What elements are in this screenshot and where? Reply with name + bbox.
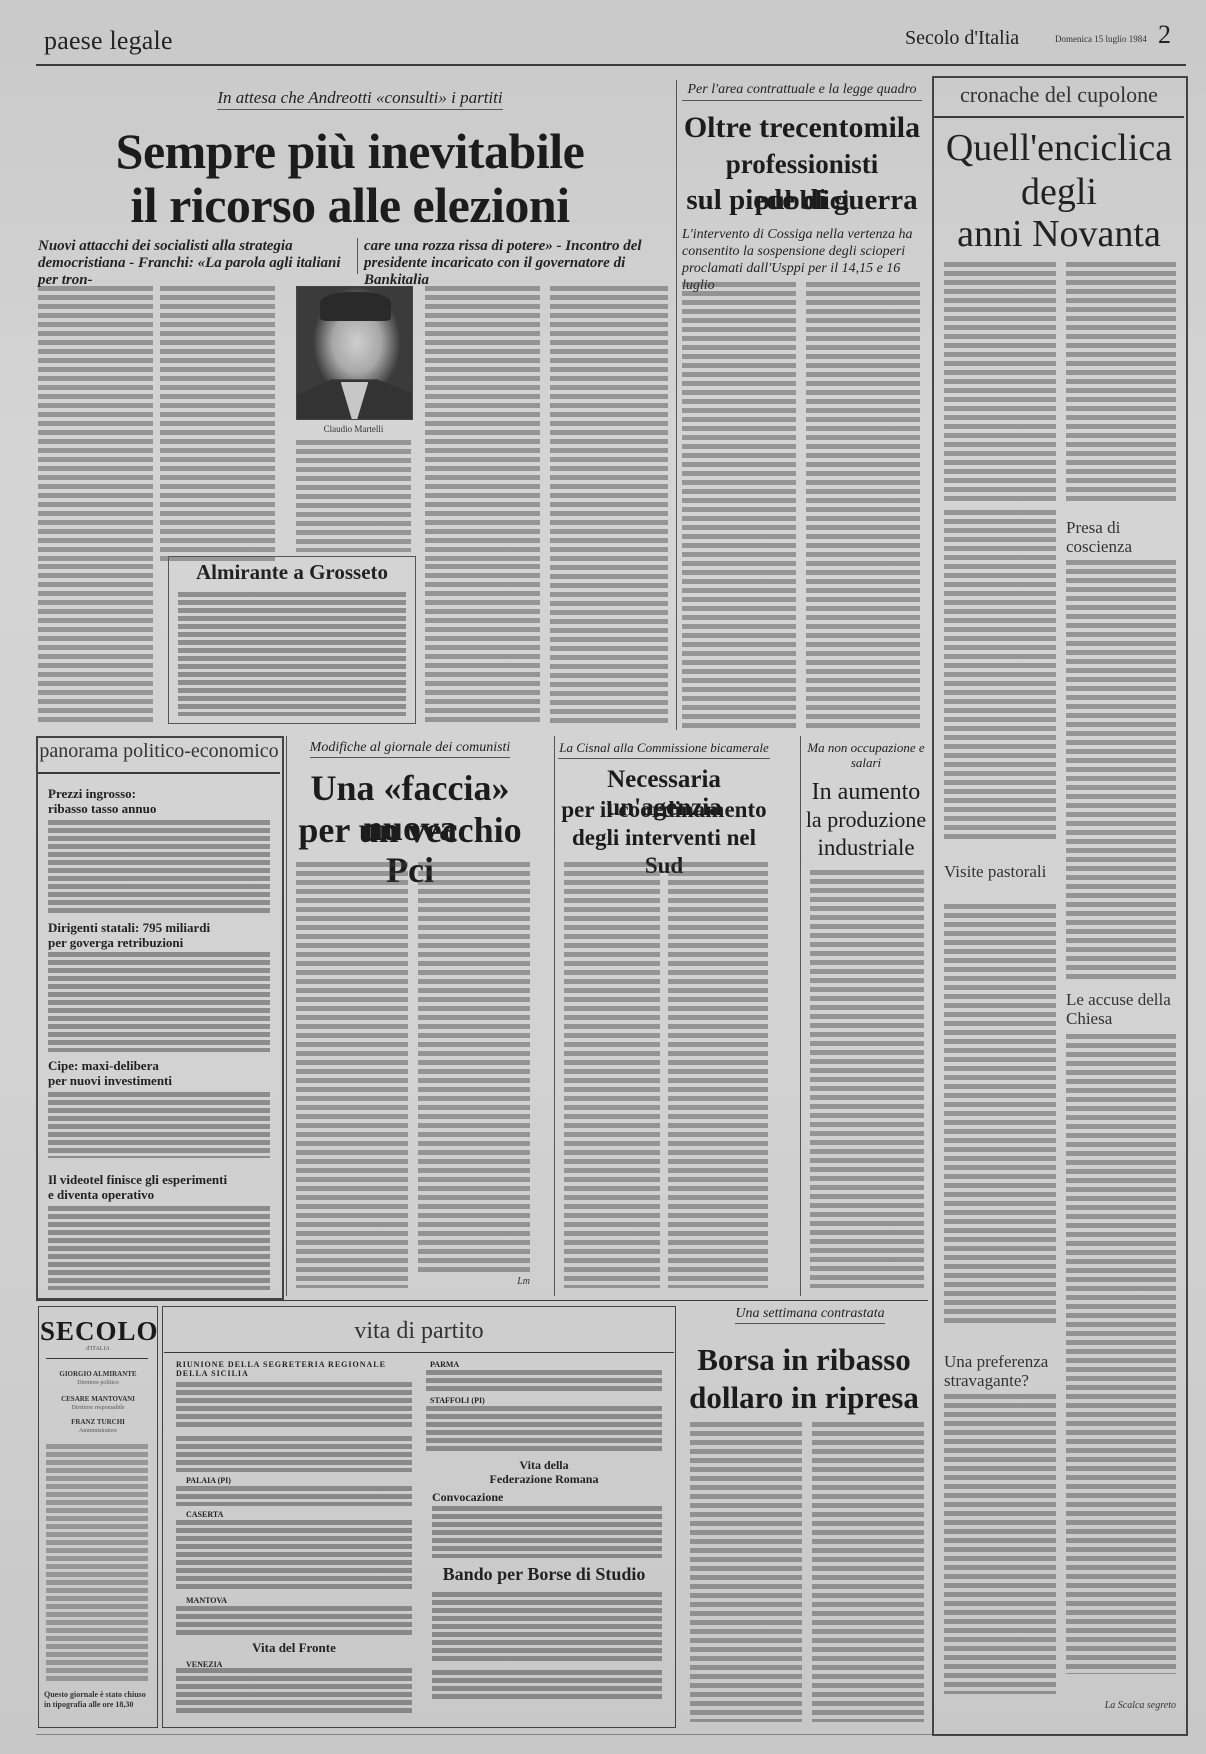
cupolone-body-1a: [944, 262, 1056, 502]
vita-partito-rule: [164, 1352, 674, 1353]
panorama-item-1-line1: Prezzi ingrosso:: [48, 786, 270, 801]
cupolone-subhead-2: Visite pastorali: [944, 862, 1056, 881]
cisnal-body-col-1: [564, 862, 660, 1288]
pci-byline: Lm: [418, 1276, 530, 1287]
lead-headline-1: Sempre più inevitabile: [60, 124, 640, 178]
panorama-item-1-body: [48, 820, 270, 914]
secolo-staff-2-role: Direttore responsabile: [40, 1405, 156, 1411]
cupolone-body-1c: [944, 904, 1056, 1324]
almirante-title: Almirante a Grosseto: [168, 560, 416, 585]
cisnal-kicker: La Cisnal alla Commissione bicamerale: [558, 740, 770, 759]
lead-body-col-4: [425, 286, 540, 564]
almirante-body: [178, 592, 406, 716]
lead-body-col-1: [38, 286, 153, 564]
lead-body-col-5: [550, 286, 668, 726]
panorama-item-2-title: Dirigenti statali: 795 miliardi per gove…: [48, 920, 270, 950]
prof-headline-3: sul piede di guerra: [682, 182, 922, 218]
panorama-item-4-line1: Il videotel finisce gli esperimenti: [48, 1172, 270, 1187]
cupolone-rule: [934, 116, 1184, 118]
secolo-logo: SECOLO: [40, 1316, 156, 1347]
panorama-item-2-line2: per goverga retribuzioni: [48, 935, 270, 950]
divider-cisnal: [554, 736, 555, 1296]
panorama-item-3-body: [48, 1092, 270, 1158]
pci-kicker-text: Modifiche al giornale dei comunisti: [310, 740, 511, 758]
panorama-item-1-line2: ribasso tasso annuo: [48, 801, 270, 816]
lead-body-col-3: [296, 440, 411, 552]
lead-body-col-1b: [38, 564, 153, 724]
secolo-rule: [46, 1358, 148, 1359]
divider-produzione: [800, 736, 801, 1296]
lead-deck-left: Nuovi attacchi dei socialisti alla strat…: [38, 238, 350, 289]
produzione-kicker: Ma non occupazione e salari: [804, 740, 928, 770]
vita-item-4-body: [176, 1606, 412, 1638]
cupolone-body-1b: [944, 510, 1056, 840]
column-divider: [676, 80, 677, 730]
borsa-body-col-1: [690, 1422, 802, 1722]
cisnal-headline-2: per il coordinamento: [556, 796, 772, 824]
vita-item-5: PARMA: [430, 1360, 459, 1369]
secolo-sublogo: d'ITALIA: [40, 1346, 156, 1352]
section-label: paese legale: [44, 26, 173, 56]
vita-item-2-body: [176, 1486, 412, 1506]
pci-body-col-1: [296, 862, 408, 1288]
borsa-headline-2: dollaro in ripresa: [684, 1380, 924, 1416]
masthead: Secolo d'Italia: [905, 27, 1019, 50]
bottom-rule: [36, 1734, 1186, 1735]
lead-body-col-4b: [425, 564, 540, 724]
borsa-headline-1: Borsa in ribasso: [684, 1342, 924, 1378]
produzione-headline-2: la produzione: [804, 806, 928, 834]
bando-body: [432, 1592, 662, 1662]
cupolone-headline-2: degli: [934, 170, 1184, 214]
vita-item-4: MANTOVA: [186, 1596, 227, 1605]
federazione-title-line1: Vita della: [426, 1458, 662, 1472]
produzione-headline-3: industriale: [804, 834, 928, 862]
newspaper-page: paese legale Secolo d'Italia Domenica 15…: [0, 0, 1206, 1754]
cupolone-subhead-4: Una preferenza stravagante?: [944, 1352, 1056, 1390]
cupolone-rubric: cronache del cupolone: [934, 82, 1184, 108]
secolo-imprint: [46, 1444, 148, 1684]
lead-kicker: In attesa che Andreotti «consulti» i par…: [120, 88, 600, 108]
pci-body-col-2: [418, 862, 530, 1274]
panorama-rubric: panorama politico-economico: [38, 740, 280, 763]
lower-rule: [36, 1300, 928, 1301]
prof-body-col-2: [806, 282, 920, 728]
prof-kicker: Per l'area contrattuale e la legge quadr…: [682, 82, 922, 101]
deck-divider: [357, 238, 358, 274]
lead-kicker-text: In attesa che Andreotti «consulti» i par…: [217, 88, 502, 110]
vita-item-1-body-b: [176, 1436, 412, 1472]
vita-item-1: RIUNIONE DELLA SEGRETERIA REGIONALE DELL…: [176, 1360, 412, 1378]
lead-deck-right: care una rozza rissa di potere» - Incont…: [364, 238, 664, 289]
panorama-item-3-title: Cipe: maxi-delibera per nuovi investimen…: [48, 1058, 270, 1088]
prof-body-col-1: [682, 282, 796, 728]
panorama-item-2-body: [48, 952, 270, 1052]
vita-item-3: CASERTA: [186, 1510, 223, 1519]
panorama-item-2-line1: Dirigenti statali: 795 miliardi: [48, 920, 270, 935]
vita-item-3-body: [176, 1520, 412, 1592]
convocazione-body: [432, 1506, 662, 1558]
portrait-photo: [296, 286, 413, 420]
federazione-title: Vita della Federazione Romana: [426, 1458, 662, 1486]
vita-item-6: STAFFOLI (PI): [430, 1396, 485, 1405]
secolo-staff-3-role: Amministratore: [40, 1428, 156, 1434]
vita-item-2: PALAIA (PI): [186, 1476, 231, 1485]
secolo-staff-1-role: Direttore politico: [40, 1380, 156, 1386]
panorama-rule: [38, 772, 280, 774]
bando-contact: [432, 1670, 662, 1700]
panorama-item-3-line2: per nuovi investimenti: [48, 1073, 270, 1088]
vita-partito-rubric: vita di partito: [164, 1318, 674, 1345]
cupolone-body-2a: [1066, 262, 1176, 502]
photo-caption: Claudio Martelli: [296, 424, 411, 434]
secolo-staff-2-name: CESARE MANTOVANI: [40, 1395, 156, 1403]
issue-date: Domenica 15 luglio 1984: [1055, 34, 1147, 44]
cupolone-body-2c: [1066, 1034, 1176, 1674]
cupolone-headline-3: anni Novanta: [934, 212, 1184, 256]
prof-headline-1: Oltre trecentomila: [682, 110, 922, 146]
header-rule: [36, 64, 1186, 66]
panorama-item-4-title: Il videotel finisce gli esperimenti e di…: [48, 1172, 270, 1202]
panorama-item-1-title: Prezzi ingrosso: ribasso tasso annuo: [48, 786, 270, 816]
cupolone-subhead-1: Presa di coscienza: [1066, 518, 1176, 556]
lead-body-col-2: [160, 286, 275, 564]
divider-pci: [286, 736, 287, 1296]
vita-item-1-body: [176, 1382, 412, 1430]
panorama-item-4-body: [48, 1206, 270, 1290]
panorama-item-3-line1: Cipe: maxi-delibera: [48, 1058, 270, 1073]
panorama-item-4-line2: e diventa operativo: [48, 1187, 270, 1202]
cupolone-body-2b: [1066, 560, 1176, 980]
secolo-staff-1-name: GIORGIO ALMIRANTE: [40, 1370, 156, 1378]
page-number: 2: [1158, 20, 1171, 50]
lead-headline-2: il ricorso alle elezioni: [60, 178, 640, 232]
convocazione-title: Convocazione: [432, 1490, 503, 1505]
cupolone-subhead-3: Le accuse della Chiesa: [1066, 990, 1176, 1028]
vita-fronte-title: Vita del Fronte: [176, 1640, 412, 1656]
borsa-kicker-text: Una settimana contrastata: [735, 1306, 884, 1324]
produzione-body: [810, 870, 924, 1288]
produzione-headline-1: In aumento: [804, 778, 928, 806]
cisnal-body-col-2: [668, 862, 768, 1288]
cupolone-body-1d: [944, 1394, 1056, 1694]
vita-item-6-body: [426, 1406, 662, 1454]
federazione-title-line2: Federazione Romana: [426, 1472, 662, 1486]
pci-kicker: Modifiche al giornale dei comunisti: [290, 740, 530, 756]
vita-fronte-body: [176, 1668, 412, 1714]
cupolone-headline-1: Quell'enciclica: [934, 126, 1184, 170]
secolo-staff-3-name: FRANZ TURCHI: [40, 1418, 156, 1426]
cupolone-signature: La Scalca segreto: [1060, 1700, 1176, 1711]
vita-item-5-body: [426, 1370, 662, 1392]
borsa-body-col-2: [812, 1422, 924, 1722]
borsa-kicker: Una settimana contrastata: [700, 1306, 920, 1322]
secolo-footer-note: Questo giornale è stato chiuso in tipogr…: [44, 1690, 150, 1710]
bando-title: Bando per Borse di Studio: [426, 1564, 662, 1585]
